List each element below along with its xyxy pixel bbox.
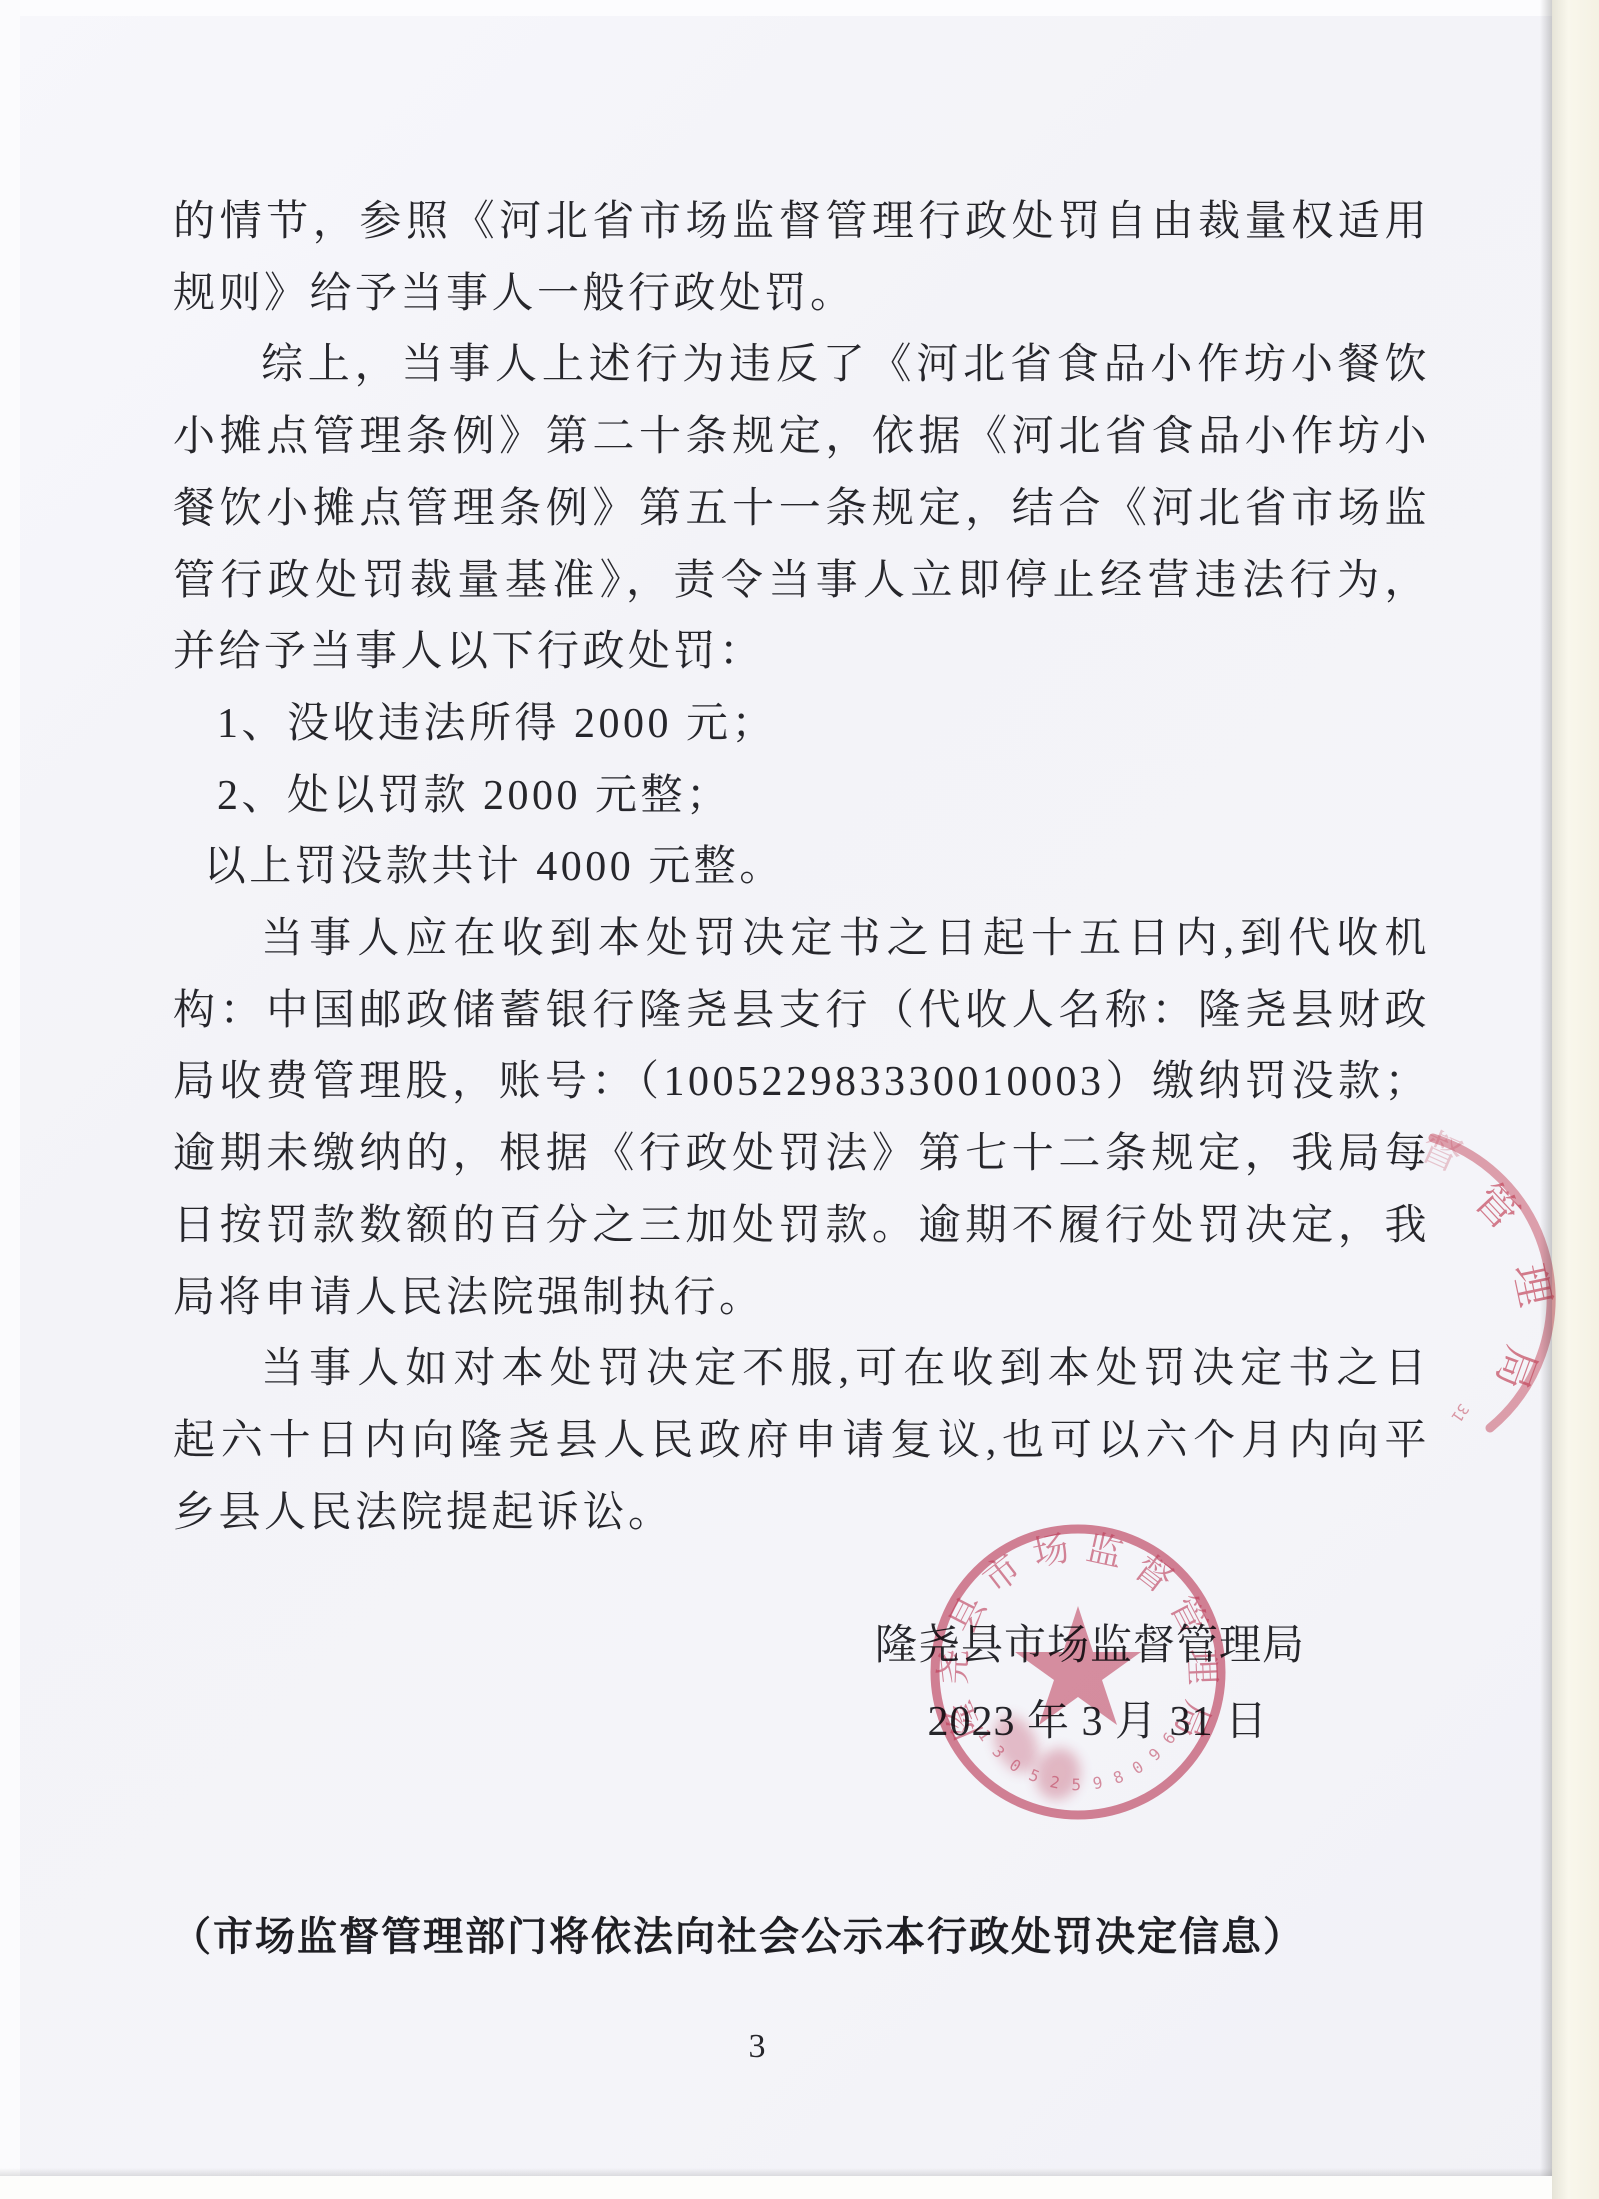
body-text-line: 局将申请人民法院强制执行。 [173, 1263, 1430, 1335]
partial-seal-char: 管 [1464, 1176, 1526, 1238]
page-edge-shadow-right [1540, 0, 1552, 2199]
scan-edge-top [0, 0, 1599, 16]
body-text-line: 2、处以罚款 2000 元整； [173, 761, 1430, 833]
body-text-line: 餐饮小摊点管理条例》第五十一条规定，结合《河北省市场监 [173, 474, 1430, 546]
body-text-line: 局收费管理股，账号：（100522983330010003）缴纳罚没款； [173, 1047, 1430, 1119]
official-seal: 隆尧县市场监督管理局 13052598096 [930, 1524, 1226, 1820]
body-text-line: 以上罚没款共计 4000 元整。 [173, 832, 1430, 904]
page-number: 3 [0, 2028, 1514, 2066]
body-text-line: 构：中国邮政储蓄银行隆尧县支行（代收人名称：隆尧县财政 [173, 976, 1430, 1048]
body-text-line: 并给予当事人以下行政处罚： [173, 617, 1430, 689]
body-text-line: 综上，当事人上述行为违反了《河北省食品小作坊小餐饮 [173, 330, 1430, 402]
partial-seal-impression: 督 管 理 局 31 [1398, 1128, 1588, 1448]
seal-star-icon [1015, 1606, 1141, 1725]
body-text: 的情节，参照《河北省市场监督管理行政处罚自由裁量权适用规则》给予当事人一般行政处… [173, 187, 1430, 1549]
body-text-line: 日按罚款数额的百分之三加处罚款。逾期不履行处罚决定，我 [173, 1191, 1430, 1263]
seal-ink-smudge [1030, 1743, 1086, 1805]
body-text-line: 起六十日内向隆尧县人民政府申请复议,也可以六个月内向平 [173, 1406, 1430, 1478]
public-disclosure-note: （市场监督管理部门将依法向社会公示本行政处罚决定信息） [171, 1905, 1305, 1962]
body-text-line: 小摊点管理条例》第二十条规定，依据《河北省食品小作坊小 [173, 402, 1430, 474]
page-edge-shadow-bottom [0, 2168, 1552, 2176]
body-text-line: 乡县人民法院提起诉讼。 [173, 1478, 1430, 1550]
scan-edge-bottom [0, 2176, 1552, 2199]
partial-seal-char: 局 [1486, 1340, 1544, 1395]
scan-edge-left [0, 0, 20, 2199]
body-text-line: 逾期未缴纳的，根据《行政处罚法》第七十二条规定，我局每 [173, 1119, 1430, 1191]
partial-seal-code-digits: 31 [1448, 1400, 1473, 1425]
body-text-line: 规则》给予当事人一般行政处罚。 [173, 259, 1430, 331]
body-text-line: 当事人应在收到本处罚决定书之日起十五日内,到代收机 [173, 904, 1430, 976]
body-text-line: 管行政处罚裁量基准》，责令当事人立即停止经营违法行为， [173, 546, 1430, 618]
body-text-line: 当事人如对本处罚决定不服,可在收到本处罚决定书之日 [173, 1334, 1430, 1406]
body-text-line: 1、没收违法所得 2000 元； [173, 689, 1430, 761]
scan-edge-right [1552, 0, 1599, 2199]
body-text-line: 的情节，参照《河北省市场监督管理行政处罚自由裁量权适用 [173, 187, 1430, 259]
scanned-document-page: 的情节，参照《河北省市场监督管理行政处罚自由裁量权适用规则》给予当事人一般行政处… [0, 0, 1599, 2199]
partial-seal-char: 督 [1414, 1128, 1469, 1180]
